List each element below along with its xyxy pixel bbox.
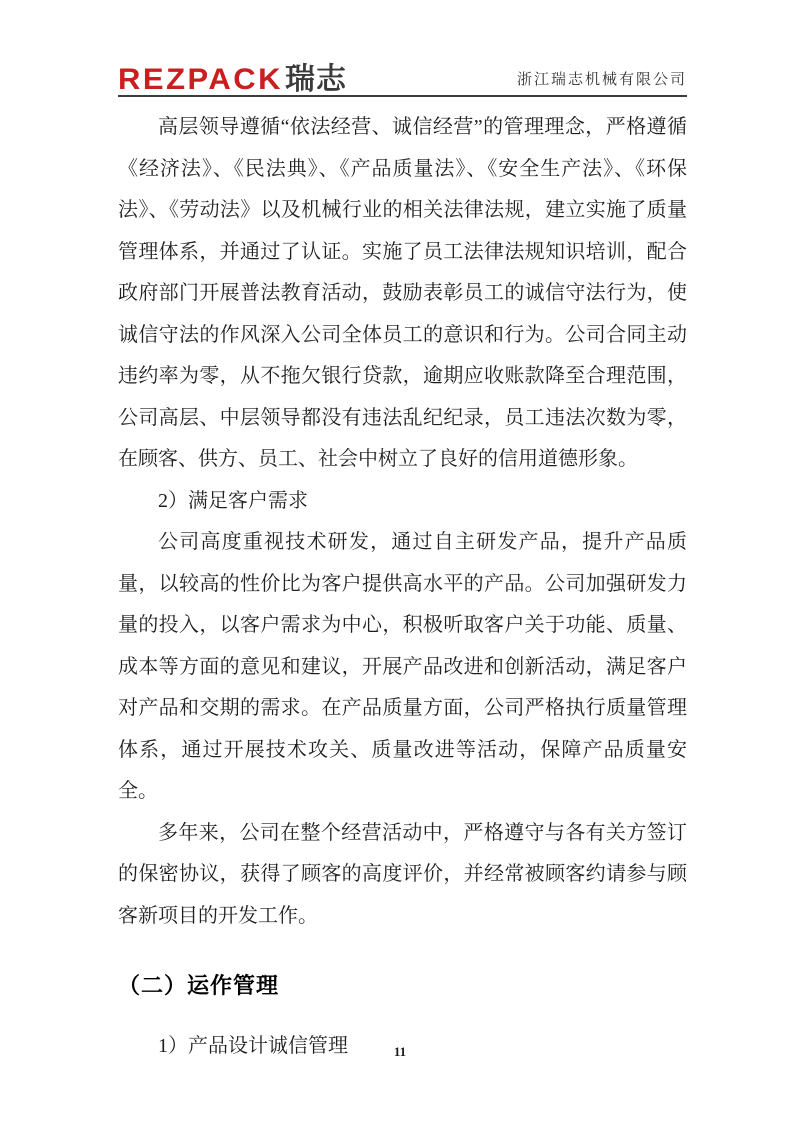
page-header: REZPACK 瑞志 浙江瑞志机械有限公司 xyxy=(118,0,687,97)
page-number: 11 xyxy=(0,1044,800,1060)
company-name: 浙江瑞志机械有限公司 xyxy=(517,68,687,95)
paragraph-confidentiality: 多年来，公司在整个经营活动中，严格遵守与各有关方签订的保密协议，获得了顾客的高度… xyxy=(118,813,687,938)
item-heading-customer-needs: 2）满足客户需求 xyxy=(118,481,687,523)
section-heading-operations-management: （二）运作管理 xyxy=(118,971,687,1001)
document-page: REZPACK 瑞志 浙江瑞志机械有限公司 高层领导遵循“依法经营、诚信经营”的… xyxy=(0,0,800,1131)
logo-latin-text: REZPACK xyxy=(118,64,283,94)
paragraph-legal-compliance: 高层领导遵循“依法经营、诚信经营”的管理理念，严格遵循《经济法》、《民法典》、《… xyxy=(118,107,687,481)
paragraph-rd-quality: 公司高度重视技术研发，通过自主研发产品，提升产品质量，以较高的性价比为客户提供高… xyxy=(118,522,687,813)
document-body: 高层领导遵循“依法经营、诚信经营”的管理理念，严格遵循《经济法》、《民法典》、《… xyxy=(118,107,687,1068)
company-logo: REZPACK 瑞志 xyxy=(118,63,347,95)
logo-chinese-text: 瑞志 xyxy=(285,65,347,95)
